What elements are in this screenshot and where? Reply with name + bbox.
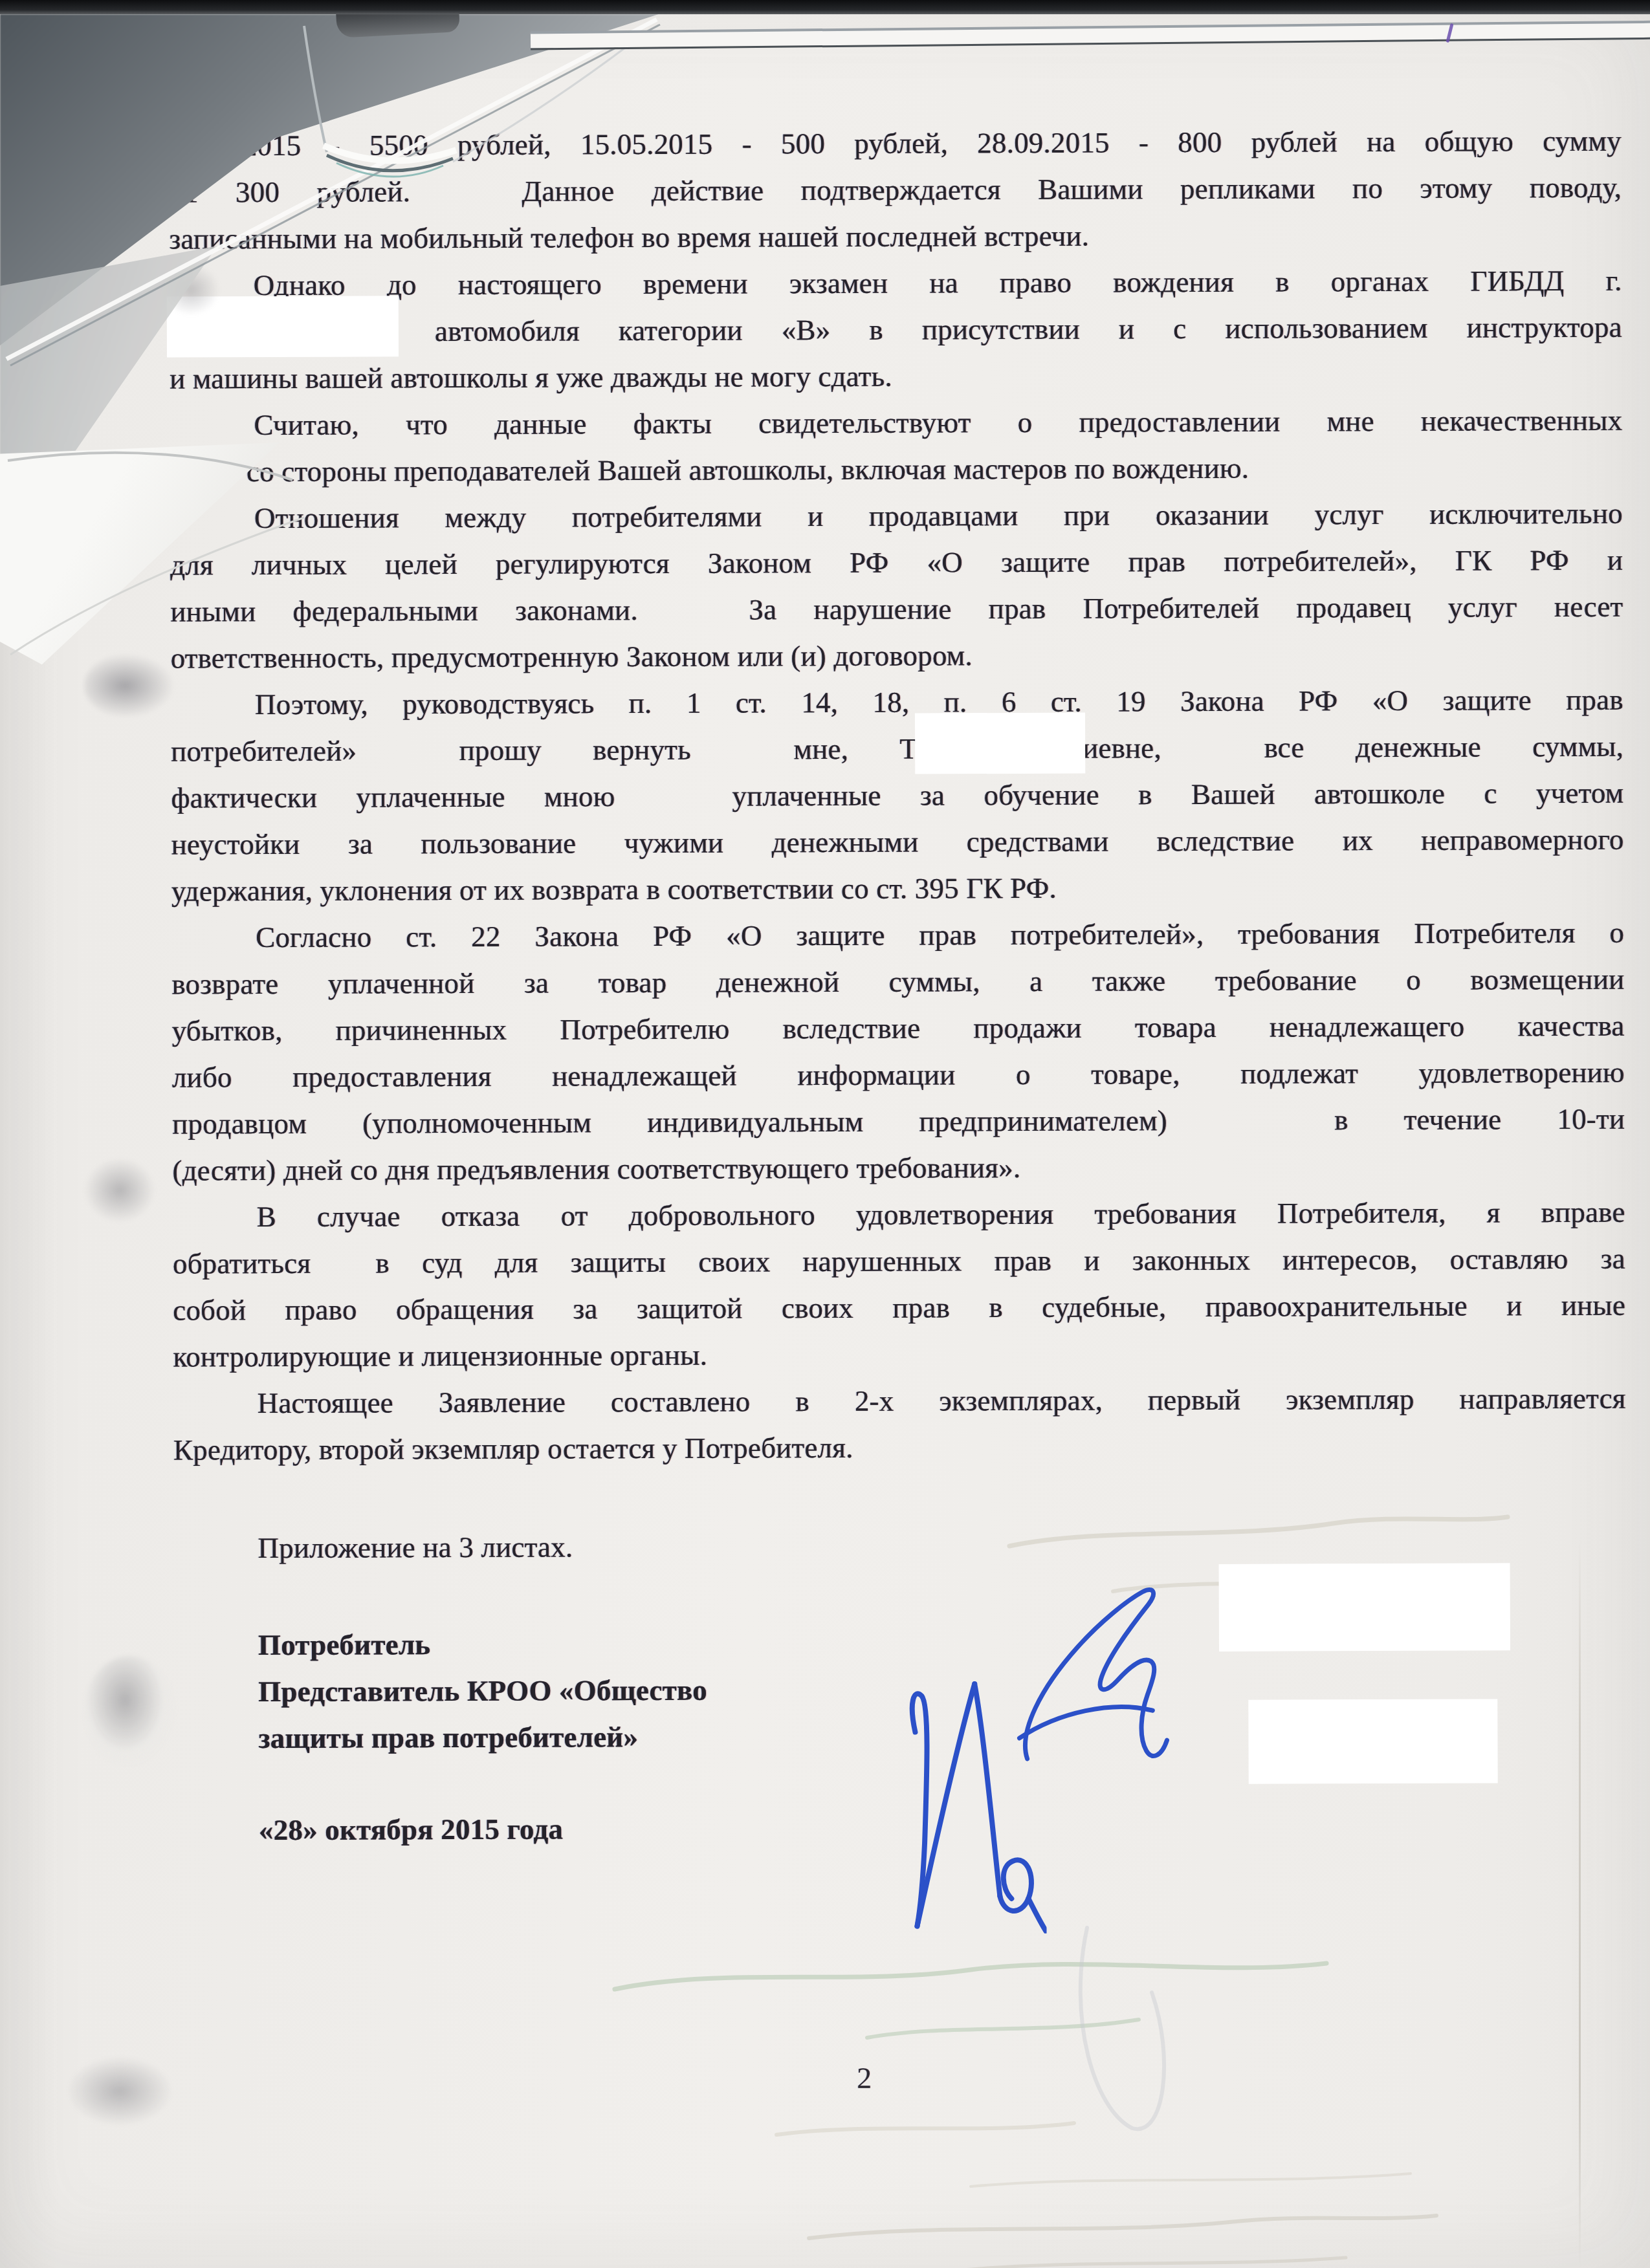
scanner-top-bar	[0, 0, 1650, 14]
body-line: ответственность, предусмотренную Законом…	[171, 630, 1623, 682]
body-line: обратиться в суд для защиты своих наруше…	[173, 1236, 1625, 1287]
body-line: Поэтому, руководствуясь п. 1 ст. 14, 18,…	[171, 677, 1623, 728]
redaction-box	[1248, 1699, 1497, 1783]
body-line: (десяти) дней со дня предъявления соотве…	[172, 1142, 1625, 1194]
redaction-box	[1219, 1563, 1510, 1652]
redaction-box	[918, 750, 1083, 759]
signature-representative	[897, 1655, 1046, 1934]
smudge-artifact	[84, 653, 175, 718]
body-line: удержания, уклонения от их возврата в со…	[171, 863, 1624, 915]
body-line: записанными на мобильный телефон во врем…	[169, 211, 1622, 263]
body-line: фактически уплаченные мною уплаченные за…	[171, 770, 1623, 822]
smudge-artifact	[84, 1158, 155, 1223]
smudge-artifact	[68, 2057, 171, 2125]
smudge-artifact	[84, 1656, 175, 1766]
body-line: иными федеральными законами. За нарушени…	[170, 583, 1623, 635]
body-line: 17.04.2015 - 5500 рублей, 15.05.2015 - 5…	[169, 118, 1622, 169]
document-sheet: 17.04.2015 - 5500 рублей, 15.05.2015 - 5…	[0, 0, 1650, 2268]
body-line: потребителей» прошу вернуть мне, Тиевне,…	[171, 723, 1623, 775]
body-line: В случае отказа от добровольного удовлет…	[173, 1189, 1625, 1241]
body-line: и машины вашей автошколы я уже дважды не…	[170, 351, 1622, 402]
body-line: продавцом (уполномоченным индивидуальным…	[172, 1096, 1625, 1148]
signature-stroke	[912, 1684, 1047, 1933]
body-line: Кредитору, второй экземпляр остается у П…	[173, 1422, 1626, 1474]
body-line: собой право обращения за защитой своих п…	[173, 1282, 1625, 1334]
body-line: Считаю, что данные факты свидетельствуют…	[170, 397, 1622, 449]
body-line: убытков, причиненных Потребителю вследст…	[172, 1003, 1625, 1054]
document-body: 17.04.2015 - 5500 рублей, 15.05.2015 - 5…	[169, 118, 1626, 1474]
body-line: либо предоставления ненадлежащей информа…	[172, 1049, 1625, 1101]
page-number: 2	[857, 2061, 872, 2095]
body-line: Согласно ст. 22 Закона РФ «О защите прав…	[171, 910, 1624, 961]
body-line: 31 300 рублей. Данное действие подтвержд…	[169, 164, 1622, 216]
body-line: контролирующие и лицензионные органы.	[173, 1329, 1625, 1380]
scanned-document-page: 17.04.2015 - 5500 рублей, 15.05.2015 - 5…	[0, 0, 1650, 2268]
body-line: Настоящее Заявление составлено в 2-х экз…	[173, 1375, 1626, 1427]
redaction-box	[170, 333, 396, 342]
body-line: Отношения между потребителями и продавца…	[170, 490, 1623, 542]
body-line: возврате уплаченной за товар денежной су…	[171, 956, 1624, 1008]
body-line: услуг со стороны преподавателей Вашей ав…	[170, 444, 1623, 496]
body-line: автомобиля категории «В» в присутствии и…	[170, 304, 1622, 356]
body-line: для личных целей регулируются Законом РФ…	[170, 537, 1623, 589]
body-line: неустойки за пользование чужими денежным…	[171, 816, 1624, 868]
